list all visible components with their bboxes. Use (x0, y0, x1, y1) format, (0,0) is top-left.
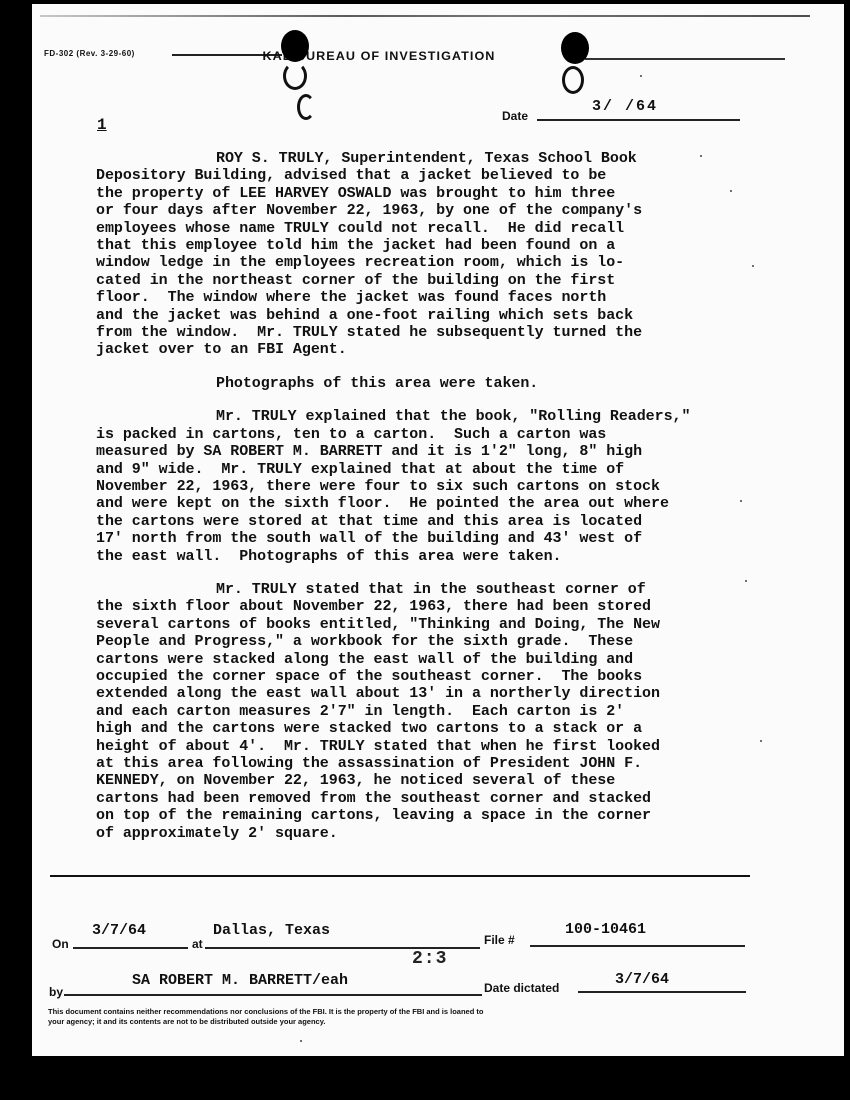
punch-hole-icon (561, 32, 589, 64)
text-line: from the window. Mr. TRULY stated he sub… (96, 324, 756, 341)
date-label: Date (502, 109, 528, 123)
text-line: and each carton measures 2'7" in length.… (96, 703, 756, 720)
ring-mark-icon (297, 94, 315, 120)
scan-speck (730, 190, 732, 192)
text-line: is packed in cartons, ten to a carton. S… (96, 426, 756, 443)
disclaimer: This document contains neither recommend… (48, 1007, 788, 1027)
disclaimer-line: your agency; it and its contents are not… (48, 1017, 788, 1027)
text-line: and 9" wide. Mr. TRULY explained that at… (96, 461, 756, 478)
paragraph-gap (96, 565, 756, 581)
paragraph-gap (96, 392, 756, 408)
text-line: high and the cartons were stacked two ca… (96, 720, 756, 737)
form-code: FD-302 (Rev. 3-29-60) (44, 49, 135, 58)
paragraph-gap (96, 359, 756, 375)
text-line: ROY S. TRULY, Superintendent, Texas Scho… (96, 150, 756, 167)
text-line: the property of LEE HARVEY OSWALD was br… (96, 185, 756, 202)
text-line: height of about 4'. Mr. TRULY stated tha… (96, 738, 756, 755)
text-line: extended along the east wall about 13' i… (96, 685, 756, 702)
text-line: cartons were stacked along the east wall… (96, 651, 756, 668)
scan-speck (300, 1040, 302, 1042)
ring-mark-icon (283, 62, 307, 90)
text-line: and the jacket was behind a one-foot rai… (96, 307, 756, 324)
text-line: the cartons were stored at that time and… (96, 513, 756, 530)
text-line: cated in the northeast corner of the bui… (96, 272, 756, 289)
paragraph: Mr. TRULY stated that in the southeast c… (96, 581, 756, 842)
text-line: November 22, 1963, there were four to si… (96, 478, 756, 495)
disclaimer-line: This document contains neither recommend… (48, 1007, 788, 1017)
paragraph: ROY S. TRULY, Superintendent, Texas Scho… (96, 150, 756, 359)
text-line: Photographs of this area were taken. (96, 375, 756, 392)
text-line: the east wall. Photographs of this area … (96, 548, 756, 565)
text-line: Mr. TRULY explained that the book, "Roll… (96, 408, 756, 425)
separator-rule (50, 875, 750, 877)
text-line: 17' north from the south wall of the bui… (96, 530, 756, 547)
scan-speck (700, 155, 702, 157)
page-number: 1 (97, 116, 107, 134)
scan-border (0, 1056, 850, 1100)
scan-speck (752, 265, 754, 267)
date-underline (537, 119, 740, 121)
text-line: occupied the corner space of the southea… (96, 668, 756, 685)
header-rule (585, 58, 785, 60)
text-line: of approximately 2' square. (96, 825, 756, 842)
paragraph: Photographs of this area were taken. (96, 375, 756, 392)
text-line: People and Progress," a workbook for the… (96, 633, 756, 650)
scan-artifact-line (40, 15, 810, 17)
text-line: that this employee told him the jacket h… (96, 237, 756, 254)
scan-speck (740, 500, 742, 502)
date-value: 3/ /64 (592, 98, 658, 115)
ring-mark-icon (562, 66, 584, 94)
scan-speck (745, 580, 747, 582)
report-body: ROY S. TRULY, Superintendent, Texas Scho… (96, 150, 756, 842)
text-line: jacket over to an FBI Agent. (96, 341, 756, 358)
text-line: Mr. TRULY stated that in the southeast c… (96, 581, 756, 598)
scan-speck (640, 75, 642, 77)
text-line: window ledge in the employees recreation… (96, 254, 756, 271)
text-line: floor. The window where the jacket was f… (96, 289, 756, 306)
text-line: Depository Building, advised that a jack… (96, 167, 756, 184)
text-line: at this area following the assassination… (96, 755, 756, 772)
punch-hole-icon (281, 30, 309, 62)
text-line: measured by SA ROBERT M. BARRETT and it … (96, 443, 756, 460)
text-line: or four days after November 22, 1963, by… (96, 202, 756, 219)
scan-speck (760, 740, 762, 742)
text-line: KENNEDY, on November 22, 1963, he notice… (96, 772, 756, 789)
text-line: on top of the remaining cartons, leaving… (96, 807, 756, 824)
text-line: cartons had been removed from the southe… (96, 790, 756, 807)
text-line: the sixth floor about November 22, 1963,… (96, 598, 756, 615)
paragraph: Mr. TRULY explained that the book, "Roll… (96, 408, 756, 565)
text-line: and were kept on the sixth floor. He poi… (96, 495, 756, 512)
text-line: employees whose name TRULY could not rec… (96, 220, 756, 237)
text-line: several cartons of books entitled, "Thin… (96, 616, 756, 633)
